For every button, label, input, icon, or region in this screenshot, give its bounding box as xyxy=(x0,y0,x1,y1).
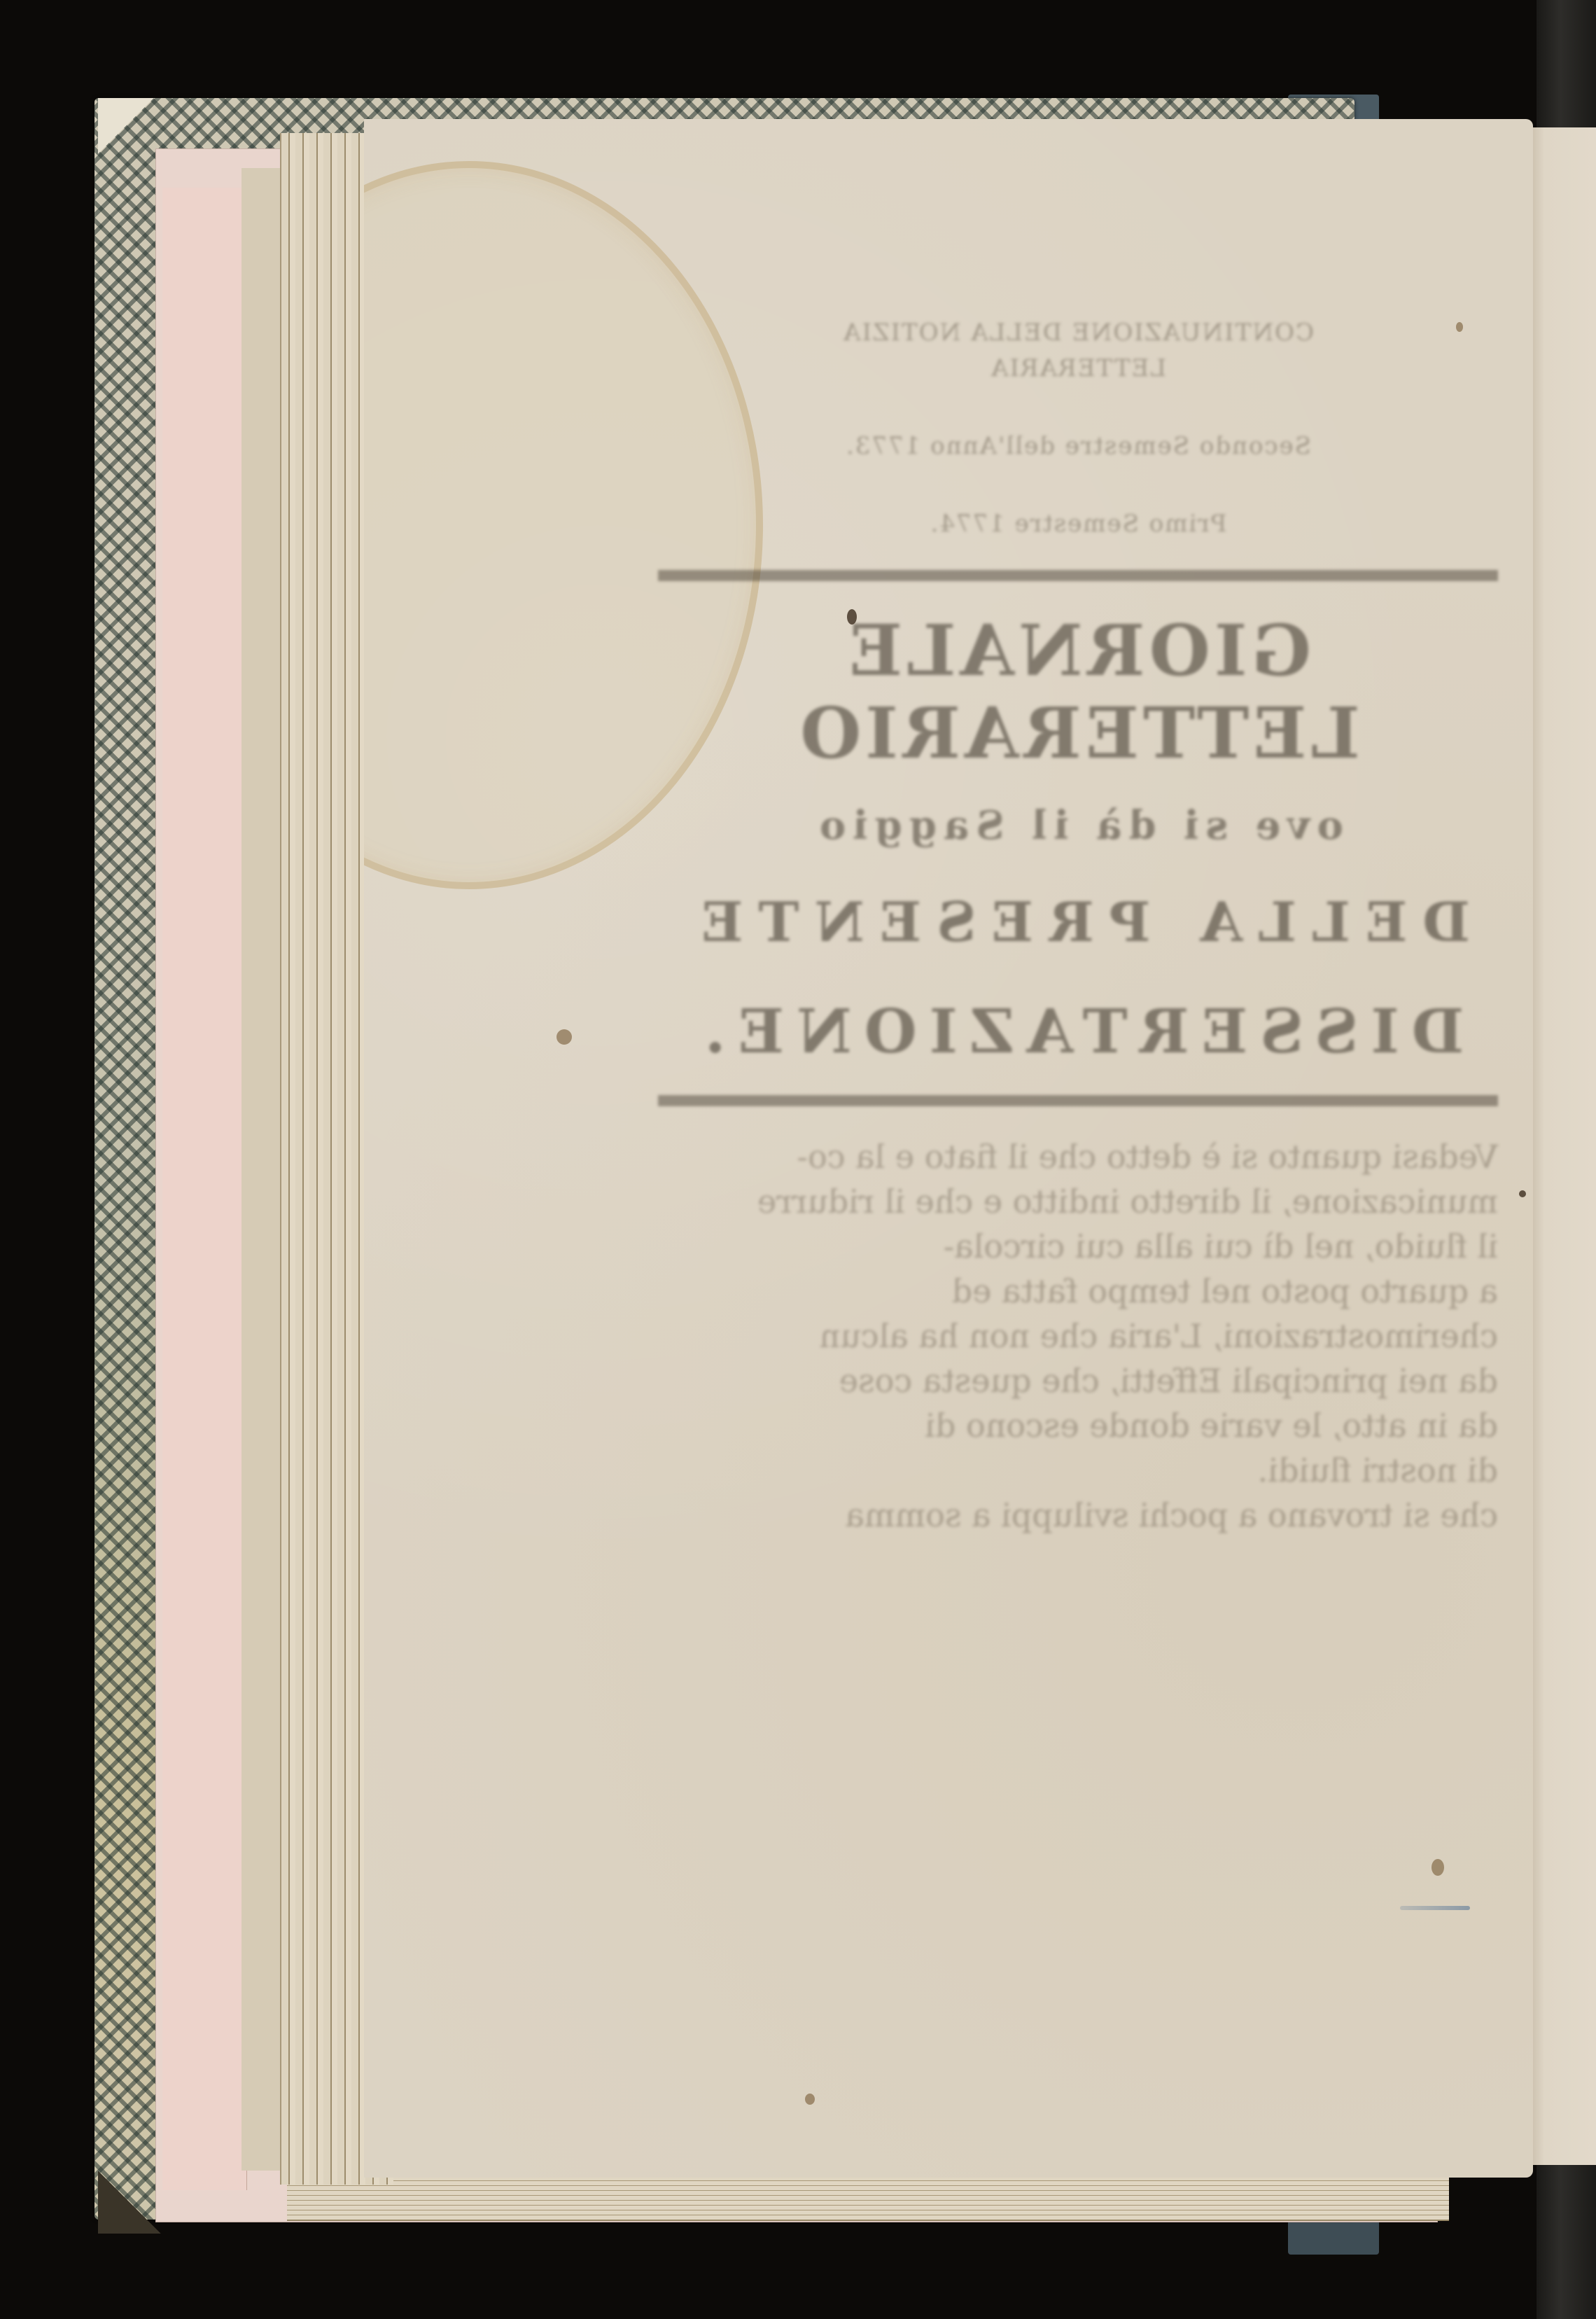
bleed-heading-3: DISSERTAZIONE. xyxy=(644,996,1512,1067)
bleed-rule-bottom xyxy=(658,1095,1498,1106)
bleed-body-line: che si trovano a pochi sviluppi a somma xyxy=(658,1493,1498,1538)
bleed-line: Primo Semestre 1774. xyxy=(644,506,1512,542)
bleed-rule-top xyxy=(658,570,1498,581)
cover-corner-top-left xyxy=(98,98,154,154)
bleed-line: Secondo Semestre dell'Anno 1773. xyxy=(644,429,1512,464)
foxing-spot xyxy=(556,1029,572,1045)
bleed-body-line: da in atto, le varie donde escono di xyxy=(658,1403,1498,1448)
foxing-spot xyxy=(1456,322,1463,332)
bleed-line: CONTINUAZIONE DELLA NOTIZIA xyxy=(644,315,1512,351)
bleed-body-line: da nei principali Effetti, che questa co… xyxy=(658,1358,1498,1403)
foxing-spot xyxy=(1431,1859,1444,1876)
bleed-heading-2: DELLA PRESENTE xyxy=(644,891,1512,954)
facing-page-edge xyxy=(1522,127,1596,2165)
ink-speck xyxy=(1519,1190,1526,1197)
page-edges-bottom xyxy=(287,2178,1449,2221)
bleed-heading: GIORNALE LETTERARIO xyxy=(644,609,1512,774)
bleed-body-line: di nostri fluidi. xyxy=(658,1448,1498,1493)
bleed-subheading: ove si dà il Saggio xyxy=(644,802,1512,849)
foxing-spot xyxy=(805,2094,815,2105)
pink-endpaper-inner xyxy=(162,188,247,2190)
bleed-body-line: Vedasi quanto si è detto che il fiato e … xyxy=(658,1134,1498,1179)
pencil-mark xyxy=(1400,1906,1470,1910)
bleed-through-text: CONTINUAZIONE DELLA NOTIZIA LETTERARIA S… xyxy=(644,315,1512,1925)
bleed-body-line: il fluido, nel dì cui alla cui circola- xyxy=(658,1224,1498,1269)
flyleaf xyxy=(241,168,284,2171)
bleed-line: LETTERARIA xyxy=(644,351,1512,386)
bleed-body-line: cherimostrazioni, L'aria che non ha alcu… xyxy=(658,1314,1498,1358)
bleed-body-line: municazione, il diretto inditto e che il… xyxy=(658,1179,1498,1224)
book-page: CONTINUAZIONE DELLA NOTIZIA LETTERARIA S… xyxy=(364,119,1533,2178)
cover-corner-bottom-left xyxy=(98,2171,161,2234)
bleed-body-line: a quarto posto nel tempo fatta ed xyxy=(658,1269,1498,1314)
ink-speck xyxy=(847,609,857,625)
